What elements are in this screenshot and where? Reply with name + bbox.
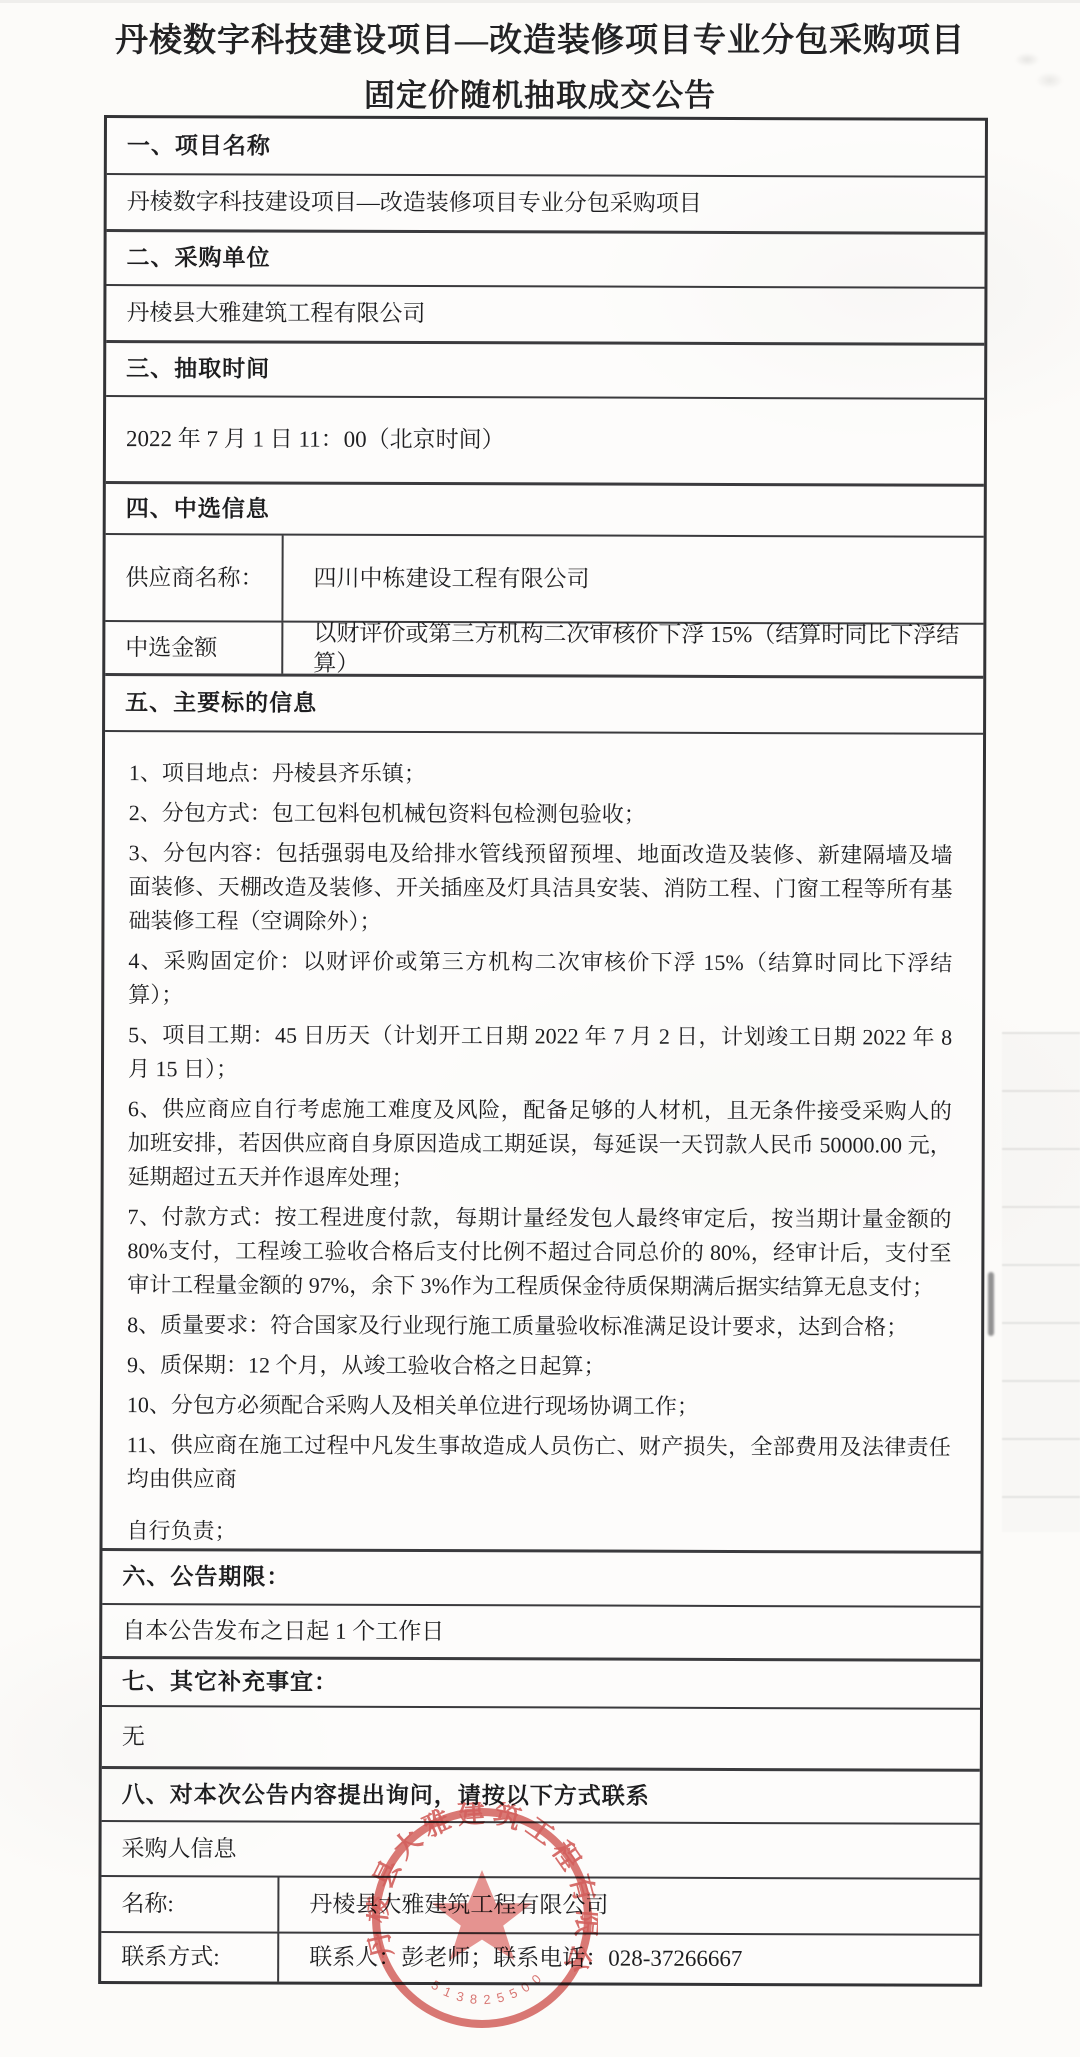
item-9: 9、质保期：12 个月，从竣工验收合格之日起算； [127, 1348, 951, 1385]
supplier-name-value: 四川中栋建设工程有限公司 [283, 536, 983, 623]
item-10: 10、分包方必须配合采购人及相关单位进行现场协调工作； [127, 1388, 951, 1425]
section1-value: 丹棱数字科技建设项目—改造装修项目专业分包采购项目 [107, 173, 985, 232]
scan-smudge-artifact [988, 1272, 994, 1336]
purchaser-name-value: 丹棱县大雅建筑工程有限公司 [279, 1878, 979, 1934]
section7-header: 七、其它补充事宜： [102, 1656, 980, 1708]
item-4: 4、采购固定价：以财评价或第三方机构二次审核价下浮 15%（结算时同比下浮结算）… [128, 944, 952, 1015]
section5-header: 五、主要标的信息 [105, 673, 983, 733]
selected-amount-value: 以财评价或第三方机构二次审核价下浮 15%（结算时同比下浮结算） [283, 623, 983, 676]
contact-label: 联系方式: [101, 1933, 279, 1982]
section3-header: 三、抽取时间 [106, 340, 984, 398]
section1-header: 一、项目名称 [107, 118, 985, 176]
announcement-table: 一、项目名称 丹棱数字科技建设项目—改造装修项目专业分包采购项目 二、采购单位 … [98, 115, 988, 1987]
selected-amount-label: 中选金额 [105, 622, 283, 674]
scan-bleed-artifact-right [1002, 1032, 1080, 1532]
purchaser-info-row: 采购人信息 [101, 1820, 979, 1878]
item-11: 11、供应商在施工过程中凡发生事故造成人员伤亡、财产损失，全部费用及法律责任均由… [127, 1428, 951, 1499]
section6-header: 六、公告期限： [102, 1548, 980, 1606]
section2-header: 二、采购单位 [106, 229, 984, 287]
section4-header: 四、中选信息 [106, 481, 984, 536]
section2-value: 丹棱县大雅建筑工程有限公司 [106, 284, 984, 343]
purchaser-name-row: 名称: 丹棱县大雅建筑工程有限公司 [101, 1875, 979, 1934]
supplier-name-label: 供应商名称： [105, 535, 283, 621]
item-3: 3、分包内容：包括强弱电及给排水管线预留预埋、地面改造及装修、新建隔墙及墙面装修… [128, 836, 952, 941]
section8-header: 八、对本次公告内容提出询问，请按以下方式联系 [102, 1766, 980, 1823]
item-6: 6、供应商应自行考虑施工难度及风险，配备足够的人材机，且无条件接受采购人的加班安… [128, 1092, 952, 1197]
item-5: 5、项目工期：45 日历天（计划开工日期 2022 年 7 月 2 日，计划竣工… [128, 1018, 952, 1089]
section5-content: 1、项目地点：丹棱县齐乐镇； 2、分包方式：包工包料包机械包资料包检测包验收； … [102, 730, 983, 1551]
item-11-continued: 自行负责； [126, 1514, 950, 1551]
purchaser-name-label: 名称: [101, 1877, 279, 1932]
supplier-name-row: 供应商名称： 四川中栋建设工程有限公司 [105, 533, 983, 623]
item-8: 8、质量要求：符合国家及行业现行施工质量验收标准满足设计要求，达到合格； [127, 1308, 951, 1345]
contact-value: 联系人：彭老师；联系电话：028-37266667 [279, 1934, 979, 1984]
section6-value: 自本公告发布之日起 1 个工作日 [102, 1603, 980, 1659]
document-title-line2: 固定价随机抽取成交公告 [0, 70, 1080, 115]
section7-value: 无 [102, 1705, 980, 1769]
document-title-line1: 丹棱数字科技建设项目—改造装修项目专业分包采购项目 [0, 14, 1080, 61]
contact-row: 联系方式: 联系人：彭老师；联系电话：028-37266667 [101, 1931, 979, 1984]
item-2: 2、分包方式：包工包料包机械包资料包检测包验收； [129, 796, 953, 833]
item-7: 7、付款方式：按工程进度付款，每期计量经发包人最终审定后，按当期计量金额的 80… [127, 1200, 951, 1305]
section3-value: 2022 年 7 月 1 日 11：00（北京时间） [106, 395, 984, 484]
selected-amount-row: 中选金额 以财评价或第三方机构二次审核价下浮 15%（结算时同比下浮结算） [105, 620, 983, 676]
item-1: 1、项目地点：丹棱县齐乐镇； [129, 756, 953, 793]
